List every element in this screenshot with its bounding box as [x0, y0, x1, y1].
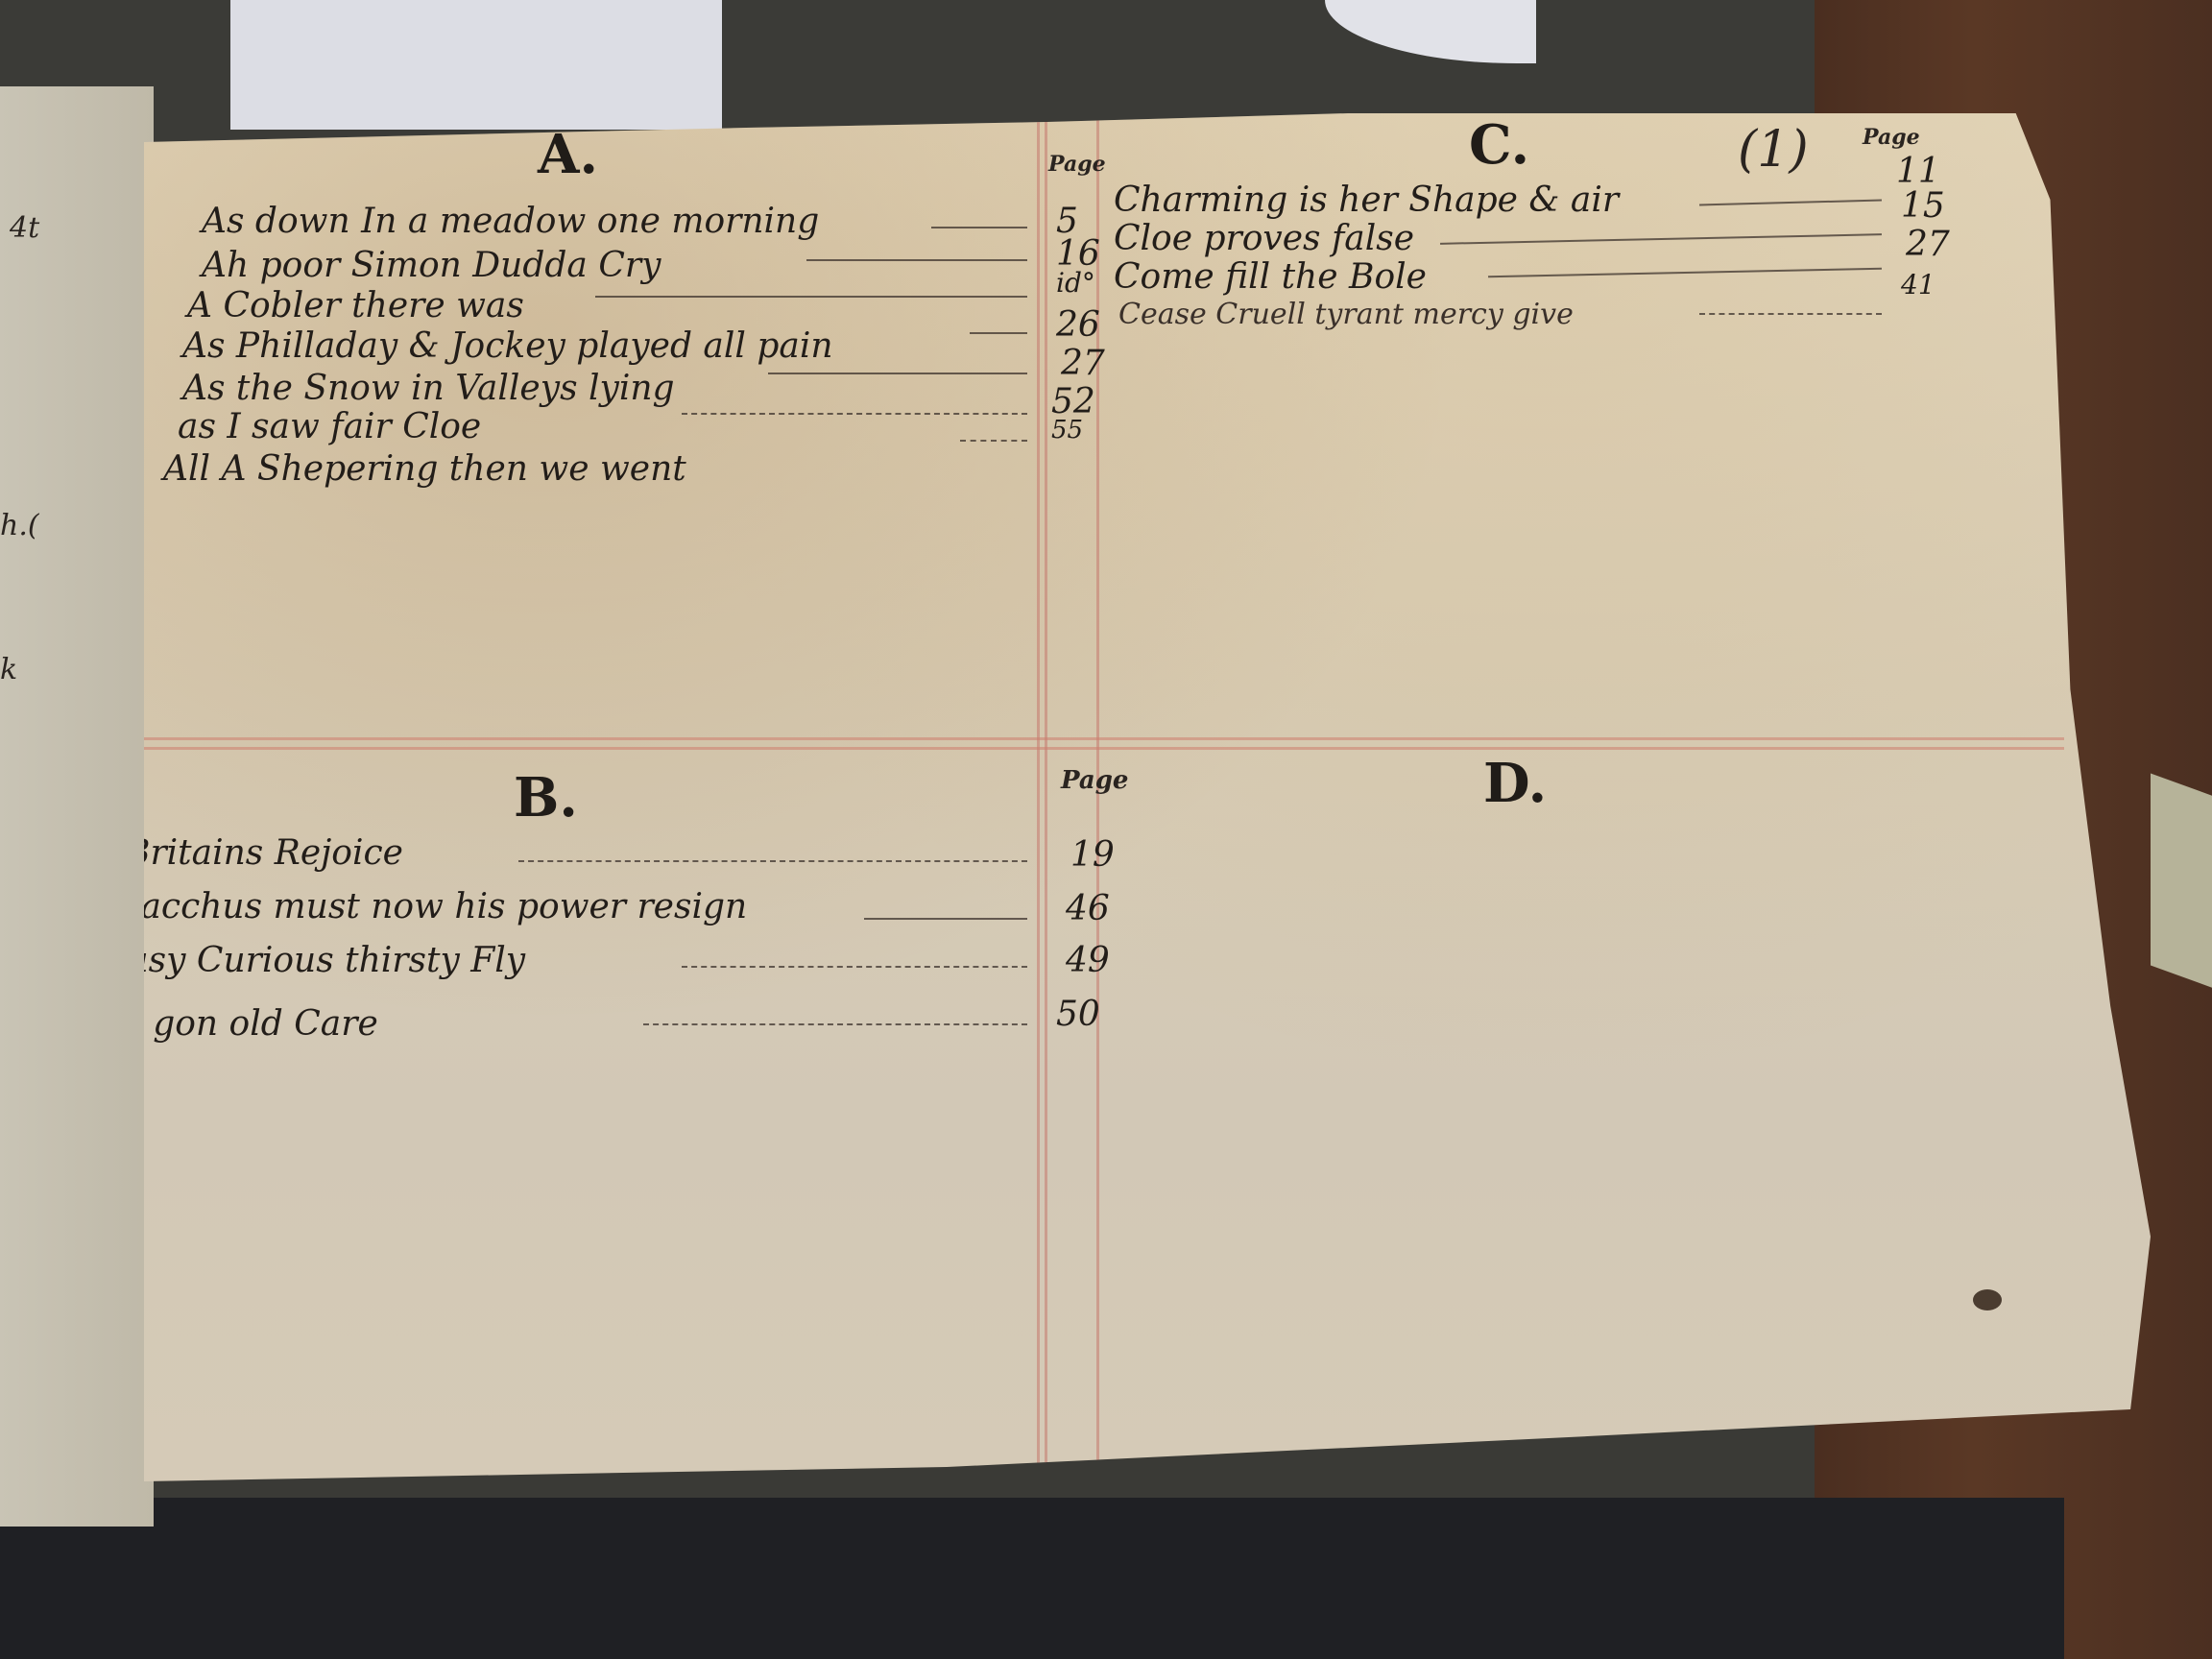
page-number: 55: [1051, 416, 1083, 445]
column-rule: [1045, 113, 1047, 1477]
leader-line: [1440, 233, 1882, 245]
leader-line: [931, 227, 1027, 228]
previous-page-edge: 4t h.( k: [0, 86, 154, 1527]
section-letter-b: B.: [514, 766, 578, 829]
page-number: 41: [1901, 269, 1935, 301]
leader-line: [1699, 313, 1882, 315]
margin-mark: k: [0, 653, 17, 686]
leader-line: [960, 440, 1027, 442]
page-number: 26: [1056, 305, 1100, 345]
leader-line: [768, 373, 1027, 374]
leader-line: [1699, 200, 1882, 206]
paper-slip: [230, 0, 722, 130]
margin-mark: h.(: [0, 509, 39, 542]
page-column-header: Page: [1863, 125, 1920, 150]
leader-line: [1488, 268, 1882, 278]
index-entry: All A Shepering then we went: [163, 449, 686, 489]
book-cover-edge: [0, 1498, 2064, 1659]
leader-line: [864, 918, 1027, 920]
index-entry: As Philladay & Jockey played all pain: [182, 326, 833, 366]
column-rule: [1037, 113, 1040, 1477]
page-number: 50: [1056, 995, 1100, 1034]
index-entry: Busy Curious thirsty Fly: [101, 941, 525, 980]
index-entry: Cloe proves false: [1114, 219, 1414, 258]
index-entry: Charming is her Shape & air: [1114, 180, 1619, 220]
leader-line: [682, 413, 1027, 415]
page-number: 27: [1061, 344, 1105, 383]
page-number: 19: [1070, 835, 1115, 875]
index-entry: as I saw fair Cloe: [178, 407, 481, 446]
page-number: 46: [1066, 889, 1110, 928]
index-entry: As the Snow in Valleys lying: [182, 369, 675, 408]
page-number: 11: [1896, 152, 1940, 191]
page-number: 27: [1906, 225, 1950, 264]
margin-mark: 4t: [10, 211, 39, 245]
folio-number: (1): [1738, 121, 1809, 179]
section-letter-c: C.: [1469, 113, 1529, 177]
page-column-header: Page: [1061, 766, 1128, 795]
manuscript-page: A. Page As down In a meadow one morning …: [144, 113, 2151, 1553]
section-divider: [144, 747, 2064, 750]
leader-line: [806, 259, 1027, 261]
leader-line: [682, 966, 1027, 968]
index-entry: Ah poor Simon Dudda Cry: [202, 246, 661, 285]
adjacent-volume: [2151, 773, 2212, 993]
leader-line: [970, 332, 1027, 334]
page-number: id°: [1056, 267, 1095, 299]
leader-line: [518, 860, 1027, 862]
index-entry: Bacchus must now his power resign: [115, 887, 747, 926]
page-column-header: Page: [1048, 152, 1106, 177]
index-entry: Come fill the Bole: [1114, 257, 1427, 297]
page-number: 15: [1901, 186, 1945, 226]
index-entry: Britains Rejoice: [125, 833, 403, 873]
leader-line: [595, 296, 1027, 298]
section-divider: [144, 737, 2064, 740]
index-entry: As down In a meadow one morning: [202, 202, 819, 241]
leader-line: [643, 1023, 1027, 1025]
index-entry: Cease Cruell tyrant mercy give: [1118, 298, 1574, 331]
index-entry: A Cobler there was: [187, 286, 524, 325]
ink-stain: [1973, 1289, 2002, 1310]
page-number: 49: [1066, 941, 1110, 980]
section-letter-d: D.: [1483, 752, 1547, 815]
